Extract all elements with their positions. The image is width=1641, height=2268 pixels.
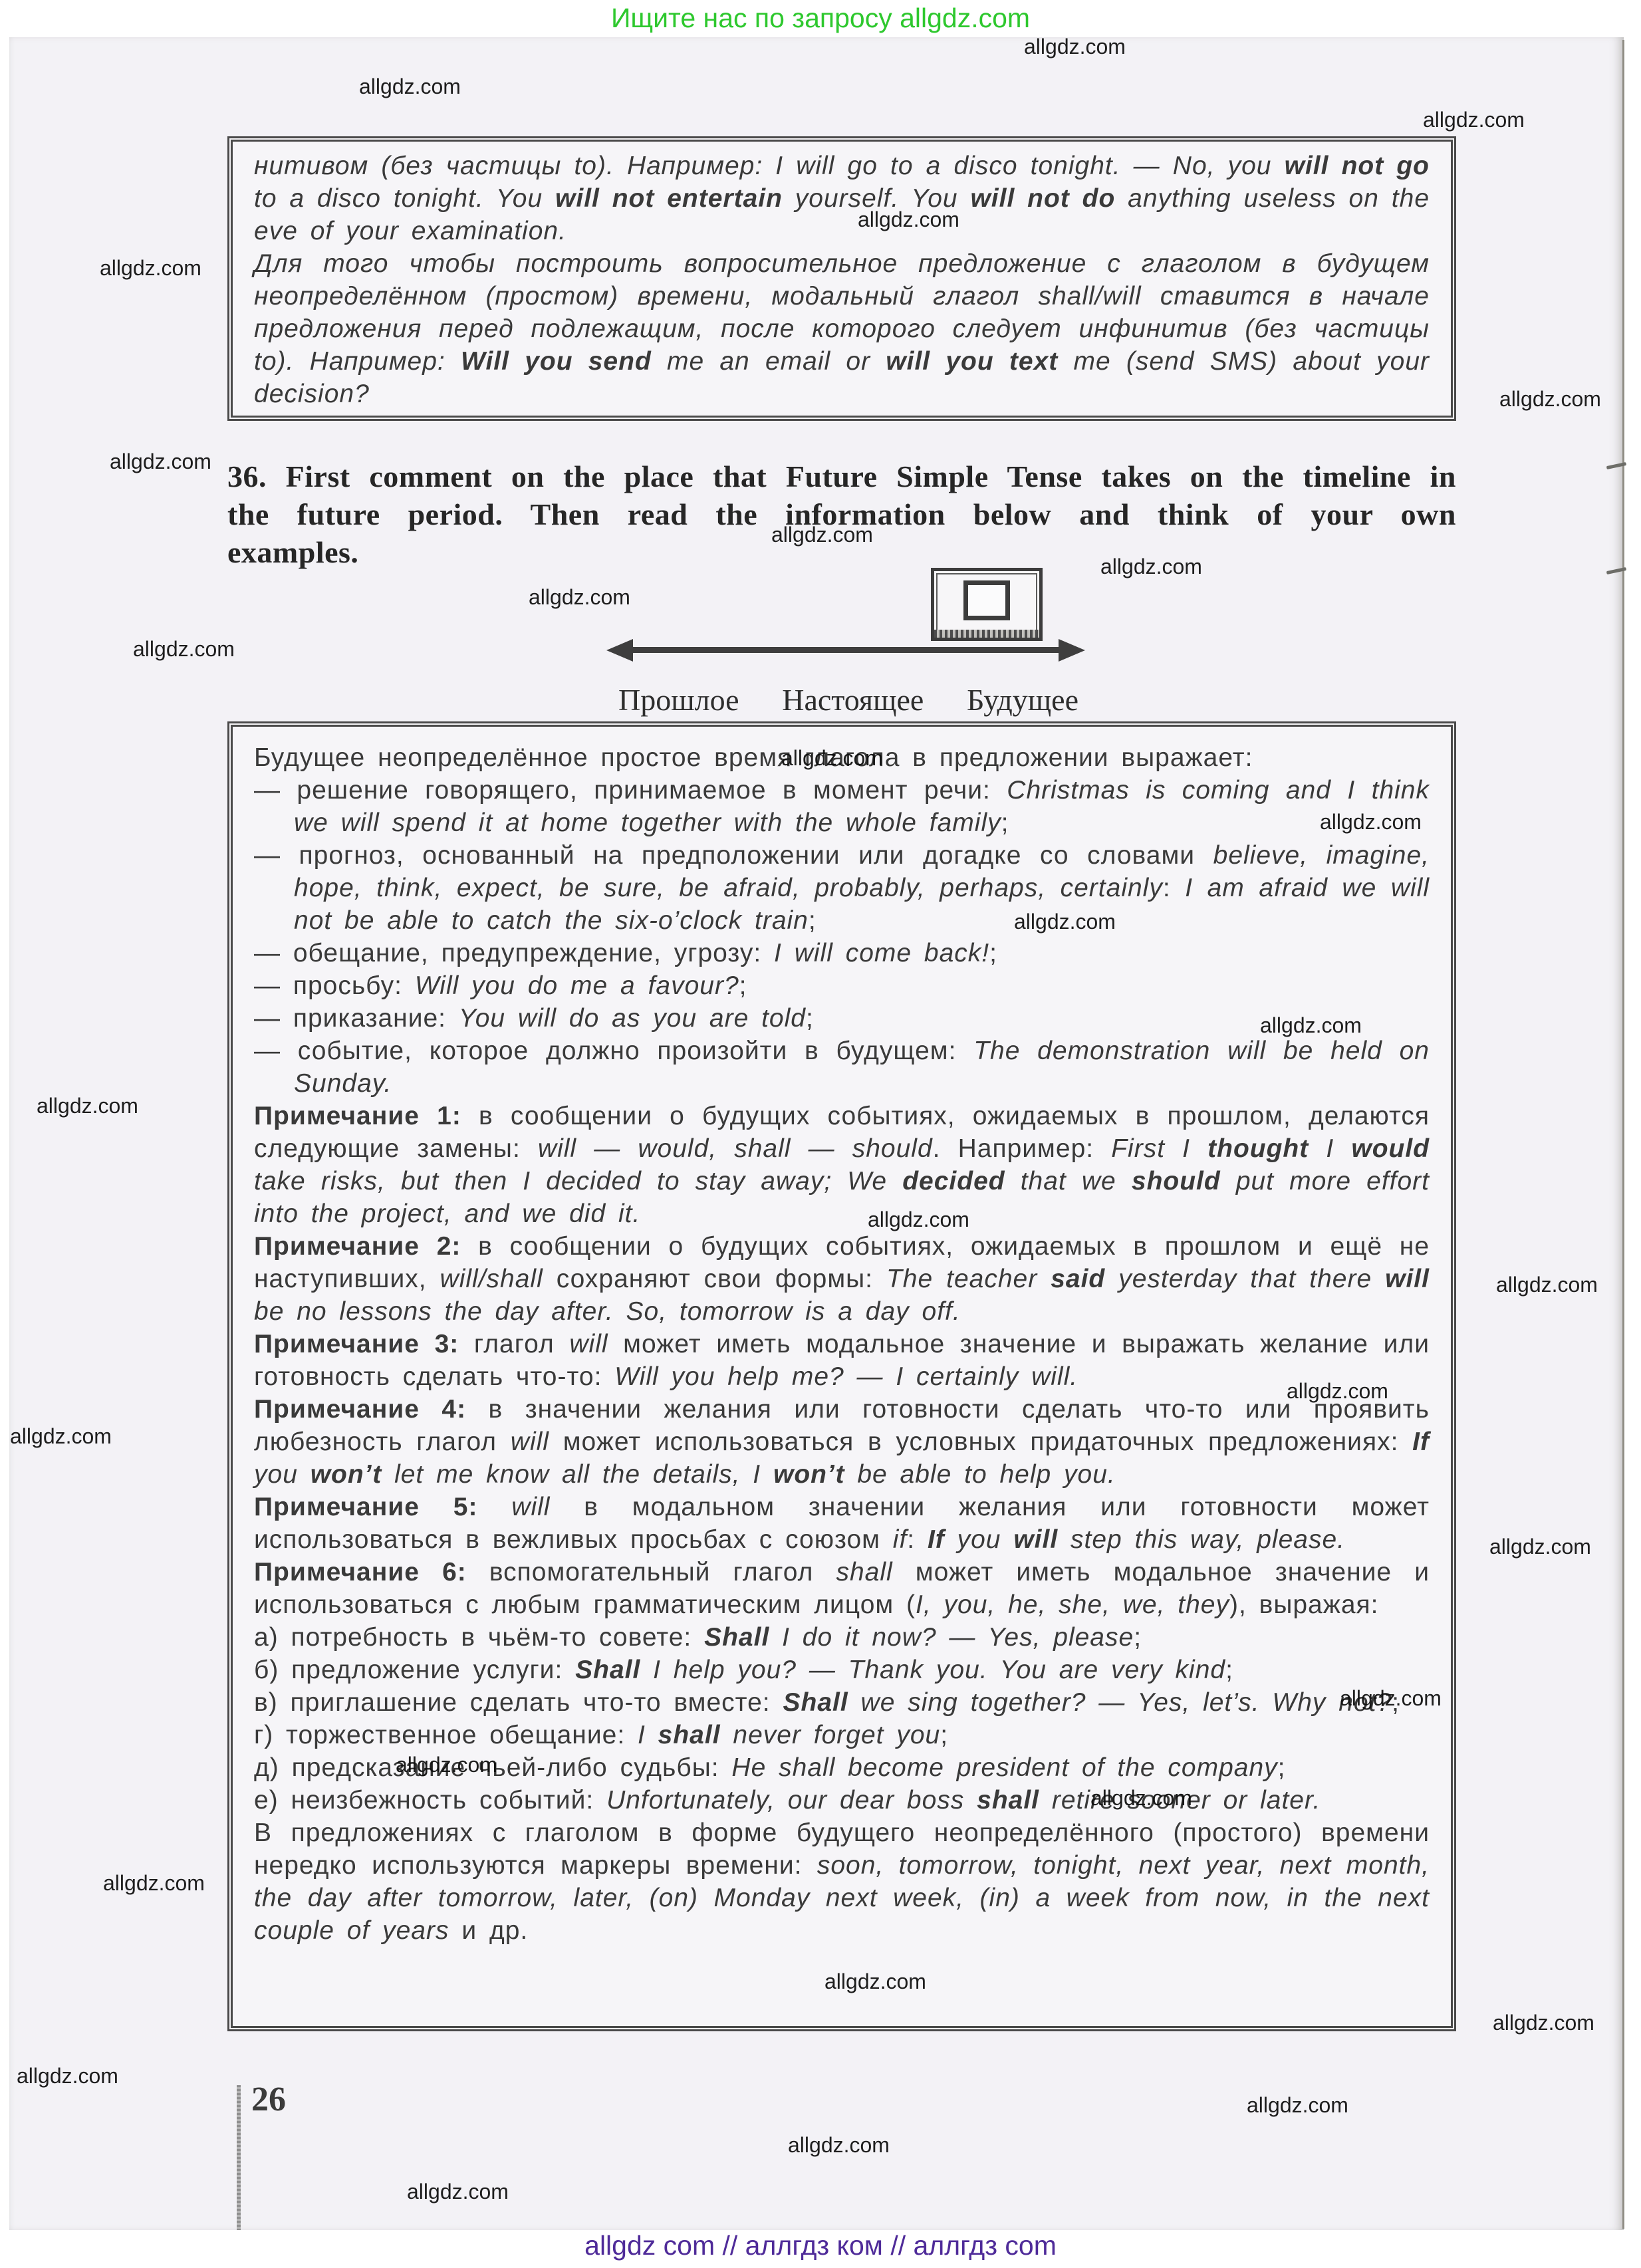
- watermark: allgdz.com: [1496, 1273, 1598, 1297]
- text-block: — просьбу: Will you do me a favour?;: [254, 969, 1430, 1002]
- watermark: allgdz.com: [103, 1871, 205, 1896]
- timeline-label-future: Будущее: [967, 682, 1078, 717]
- watermark: allgdz.com: [781, 746, 883, 771]
- watermark: allgdz.com: [1493, 2011, 1594, 2035]
- scanned-textbook-page: Ищите нас по запросу allgdz.com нитивом …: [0, 0, 1641, 2268]
- text-block: Примечание 6: вспомогательный глагол sha…: [254, 1556, 1430, 1621]
- text-block: Примечание 4: в значении желания или гот…: [254, 1393, 1430, 1491]
- text-block: — приказание: You will do as you are tol…: [254, 1002, 1430, 1035]
- timeline-labels: Прошлое Настоящее Будущее: [618, 682, 1078, 717]
- text-block: Примечание 1: в сообщении о будущих собы…: [254, 1100, 1430, 1230]
- site-promo-footer: allgdz com // аллгдз ком // аллгдз com: [584, 2230, 1057, 2261]
- watermark: allgdz.com: [110, 449, 211, 474]
- page-edge-line: [1622, 40, 1624, 2229]
- text-block: г) торжественное обещание: I shall never…: [254, 1719, 1430, 1751]
- watermark: allgdz.com: [1489, 1535, 1591, 1559]
- watermark: allgdz.com: [10, 1424, 112, 1449]
- watermark: allgdz.com: [529, 585, 630, 610]
- watermark: allgdz.com: [1014, 910, 1116, 934]
- watermark: allgdz.com: [396, 1753, 497, 1777]
- text-block: Примечание 5: will в модальном значении …: [254, 1491, 1430, 1556]
- watermark: allgdz.com: [824, 1969, 926, 1994]
- text-block: — прогноз, основанный на предположении и…: [254, 839, 1430, 937]
- watermark: allgdz.com: [1100, 555, 1202, 579]
- timeline-label-present: Настоящее: [782, 682, 924, 717]
- watermark: allgdz.com: [17, 2064, 118, 2088]
- text-block: Примечание 2: в сообщении о будущих собы…: [254, 1230, 1430, 1328]
- watermark: allgdz.com: [1024, 35, 1126, 59]
- watermark: allgdz.com: [1423, 108, 1525, 132]
- watermark: allgdz.com: [407, 2180, 509, 2204]
- watermark: allgdz.com: [868, 1207, 969, 1232]
- watermark: allgdz.com: [1247, 2093, 1348, 2118]
- text-block: Для того чтобы построить вопросительное …: [254, 247, 1430, 410]
- monitor-icon: [931, 568, 1043, 641]
- text-block: — решение говорящего, принимаемое в моме…: [254, 774, 1430, 839]
- watermark: allgdz.com: [37, 1094, 138, 1118]
- watermark: allgdz.com: [1287, 1379, 1388, 1404]
- watermark: allgdz.com: [788, 2133, 890, 2158]
- exercise-36-heading: 36. First comment on the place that Futu…: [227, 457, 1456, 571]
- text-block: В предложениях с глаголом в форме будуще…: [254, 1817, 1430, 1947]
- watermark: allgdz.com: [1499, 387, 1601, 412]
- text-block: Примечание 3: глагол will может иметь мо…: [254, 1328, 1430, 1393]
- watermark: allgdz.com: [133, 637, 235, 662]
- watermark: allgdz.com: [100, 256, 201, 281]
- watermark: allgdz.com: [1260, 1013, 1362, 1038]
- page-number: 26: [251, 2080, 286, 2119]
- text-block: в) приглашение сделать что-то вместе: Sh…: [254, 1686, 1430, 1719]
- text-block: нитивом (без частицы to). Например: I wi…: [254, 150, 1430, 247]
- text-block: б) предложение услуги: Shall I help you?…: [254, 1654, 1430, 1686]
- grammar-rule-box-main: Будущее неопределённое простое время гла…: [227, 721, 1456, 2031]
- timeline-axis: [630, 647, 1061, 653]
- text-block: е) неизбежность событий: Unfortunately, …: [254, 1784, 1430, 1817]
- timeline-arrow-left-icon: [606, 639, 633, 662]
- page-margin-line: [237, 2085, 241, 2230]
- watermark: allgdz.com: [1320, 810, 1422, 834]
- monitor-base-icon: [934, 630, 1039, 638]
- timeline-label-past: Прошлое: [618, 682, 739, 717]
- watermark: allgdz.com: [359, 74, 461, 99]
- watermark: allgdz.com: [1340, 1686, 1442, 1711]
- text-block: — обещание, предупреждение, угрозу: I wi…: [254, 937, 1430, 969]
- text-block: — событие, которое должно произойти в бу…: [254, 1035, 1430, 1100]
- grammar-rule-box-top: нитивом (без частицы to). Например: I wi…: [227, 136, 1456, 421]
- timeline-arrow-right-icon: [1059, 639, 1085, 662]
- watermark: allgdz.com: [858, 207, 959, 232]
- site-promo-header: Ищите нас по запросу allgdz.com: [611, 3, 1030, 34]
- monitor-screen-icon: [963, 580, 1010, 620]
- watermark: allgdz.com: [1090, 1786, 1192, 1811]
- watermark: allgdz.com: [771, 523, 873, 547]
- text-block: а) потребность в чьём-то совете: Shall I…: [254, 1621, 1430, 1654]
